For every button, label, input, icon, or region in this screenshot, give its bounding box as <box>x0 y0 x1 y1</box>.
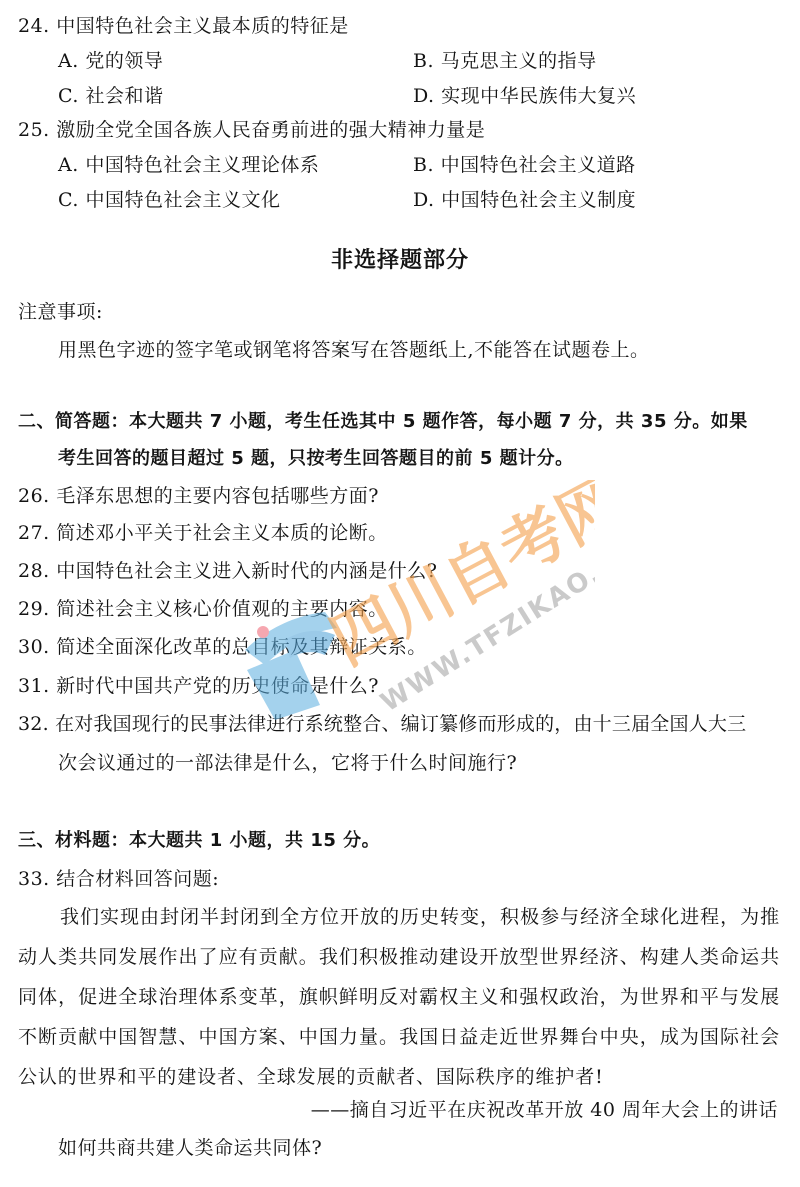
notice-heading: 注意事项: <box>18 300 103 324</box>
option-25-c: C. 中国特色社会主义文化 <box>58 188 280 212</box>
option-text: 中国特色社会主义理论体系 <box>85 154 319 176</box>
option-text: 中国特色社会主义文化 <box>85 189 280 211</box>
material-paragraph: 我们实现由封闭半封闭到全方位开放的历史转变，积极参与经济全球化进程，为推动人类共… <box>18 897 780 1097</box>
question-text: 激励全党全国各族人民奋勇前进的强大精神力量是 <box>56 119 485 141</box>
option-text: 中国特色社会主义制度 <box>441 189 636 211</box>
option-24-b: B. 马克思主义的指导 <box>413 49 597 73</box>
section2-heading-line2: 考生回答的题目超过 5 题，只按考生回答题目的前 5 题计分。 <box>58 447 574 471</box>
question-text: 毛泽东思想的主要内容包括哪些方面? <box>56 485 379 507</box>
question-text: 中国特色社会主义进入新时代的内涵是什么? <box>56 560 437 582</box>
question-text: 简述社会主义核心价值观的主要内容。 <box>56 598 388 620</box>
question-30: 30. 简述全面深化改革的总目标及其辩证关系。 <box>18 635 427 659</box>
option-25-a: A. 中国特色社会主义理论体系 <box>58 153 319 177</box>
section2-heading-line1: 二、简答题：本大题共 7 小题，考生任选其中 5 题作答，每小题 7 分，共 3… <box>18 410 748 434</box>
question-33: 33. 结合材料回答问题: <box>18 867 219 891</box>
question-number: 29. <box>18 597 50 621</box>
question-number: 24. <box>18 14 50 38</box>
section-title: 非选择题部分 <box>0 243 800 274</box>
option-label: D. <box>413 189 435 211</box>
question-number: 25. <box>18 118 50 142</box>
question-number: 27. <box>18 521 50 545</box>
question-number: 28. <box>18 559 50 583</box>
option-label: B. <box>413 50 434 72</box>
question-33-prompt: 如何共商共建人类命运共同体? <box>58 1136 322 1160</box>
question-27: 27. 简述邓小平关于社会主义本质的论断。 <box>18 521 388 545</box>
question-28: 28. 中国特色社会主义进入新时代的内涵是什么? <box>18 559 437 583</box>
question-text: 结合材料回答问题: <box>56 868 219 890</box>
question-32: 32. 在对我国现行的民事法律进行系统整合、编订纂修而形成的，由十三届全国人大三 <box>18 712 746 736</box>
question-number: 33. <box>18 867 50 891</box>
option-25-d: D. 中国特色社会主义制度 <box>413 188 636 212</box>
question-text: 在对我国现行的民事法律进行系统整合、编订纂修而形成的，由十三届全国人大三 <box>55 713 746 735</box>
option-label: C. <box>58 189 79 211</box>
option-text: 实现中华民族伟大复兴 <box>441 85 636 107</box>
option-24-d: D. 实现中华民族伟大复兴 <box>413 84 636 108</box>
option-text: 党的领导 <box>85 50 163 72</box>
question-24-stem: 24. 中国特色社会主义最本质的特征是 <box>18 14 349 38</box>
option-24-c: C. 社会和谐 <box>58 84 163 108</box>
question-25-stem: 25. 激励全党全国各族人民奋勇前进的强大精神力量是 <box>18 118 485 142</box>
option-24-a: A. 党的领导 <box>58 49 163 73</box>
question-31: 31. 新时代中国共产党的历史使命是什么? <box>18 674 379 698</box>
question-number: 30. <box>18 635 50 659</box>
material-attribution: ——摘自习近平在庆祝改革开放 40 周年大会上的讲话 <box>311 1098 778 1122</box>
option-label: A. <box>58 50 79 72</box>
question-29: 29. 简述社会主义核心价值观的主要内容。 <box>18 597 388 621</box>
option-25-b: B. 中国特色社会主义道路 <box>413 153 636 177</box>
option-text: 社会和谐 <box>85 85 163 107</box>
option-label: D. <box>413 85 435 107</box>
question-text: 中国特色社会主义最本质的特征是 <box>56 15 349 37</box>
question-number: 31. <box>18 674 50 698</box>
question-32-line2: 次会议通过的一部法律是什么，它将于什么时间施行? <box>58 751 517 775</box>
question-text: 简述邓小平关于社会主义本质的论断。 <box>56 522 388 544</box>
question-text: 简述全面深化改革的总目标及其辩证关系。 <box>56 636 427 658</box>
watermark-url-text: WWW.TFZIKAO.COM <box>376 520 595 718</box>
option-label: A. <box>58 154 79 176</box>
question-number: 32. <box>18 712 49 736</box>
option-text: 中国特色社会主义道路 <box>441 154 636 176</box>
section3-heading: 三、材料题：本大题共 1 小题，共 15 分。 <box>18 829 380 853</box>
notice-text: 用黑色字迹的签字笔或钢笔将答案写在答题纸上,不能答在试题卷上。 <box>58 338 650 362</box>
question-26: 26. 毛泽东思想的主要内容包括哪些方面? <box>18 484 379 508</box>
option-label: C. <box>58 85 79 107</box>
option-label: B. <box>413 154 434 176</box>
question-text: 新时代中国共产党的历史使命是什么? <box>56 675 379 697</box>
option-text: 马克思主义的指导 <box>441 50 597 72</box>
question-number: 26. <box>18 484 50 508</box>
